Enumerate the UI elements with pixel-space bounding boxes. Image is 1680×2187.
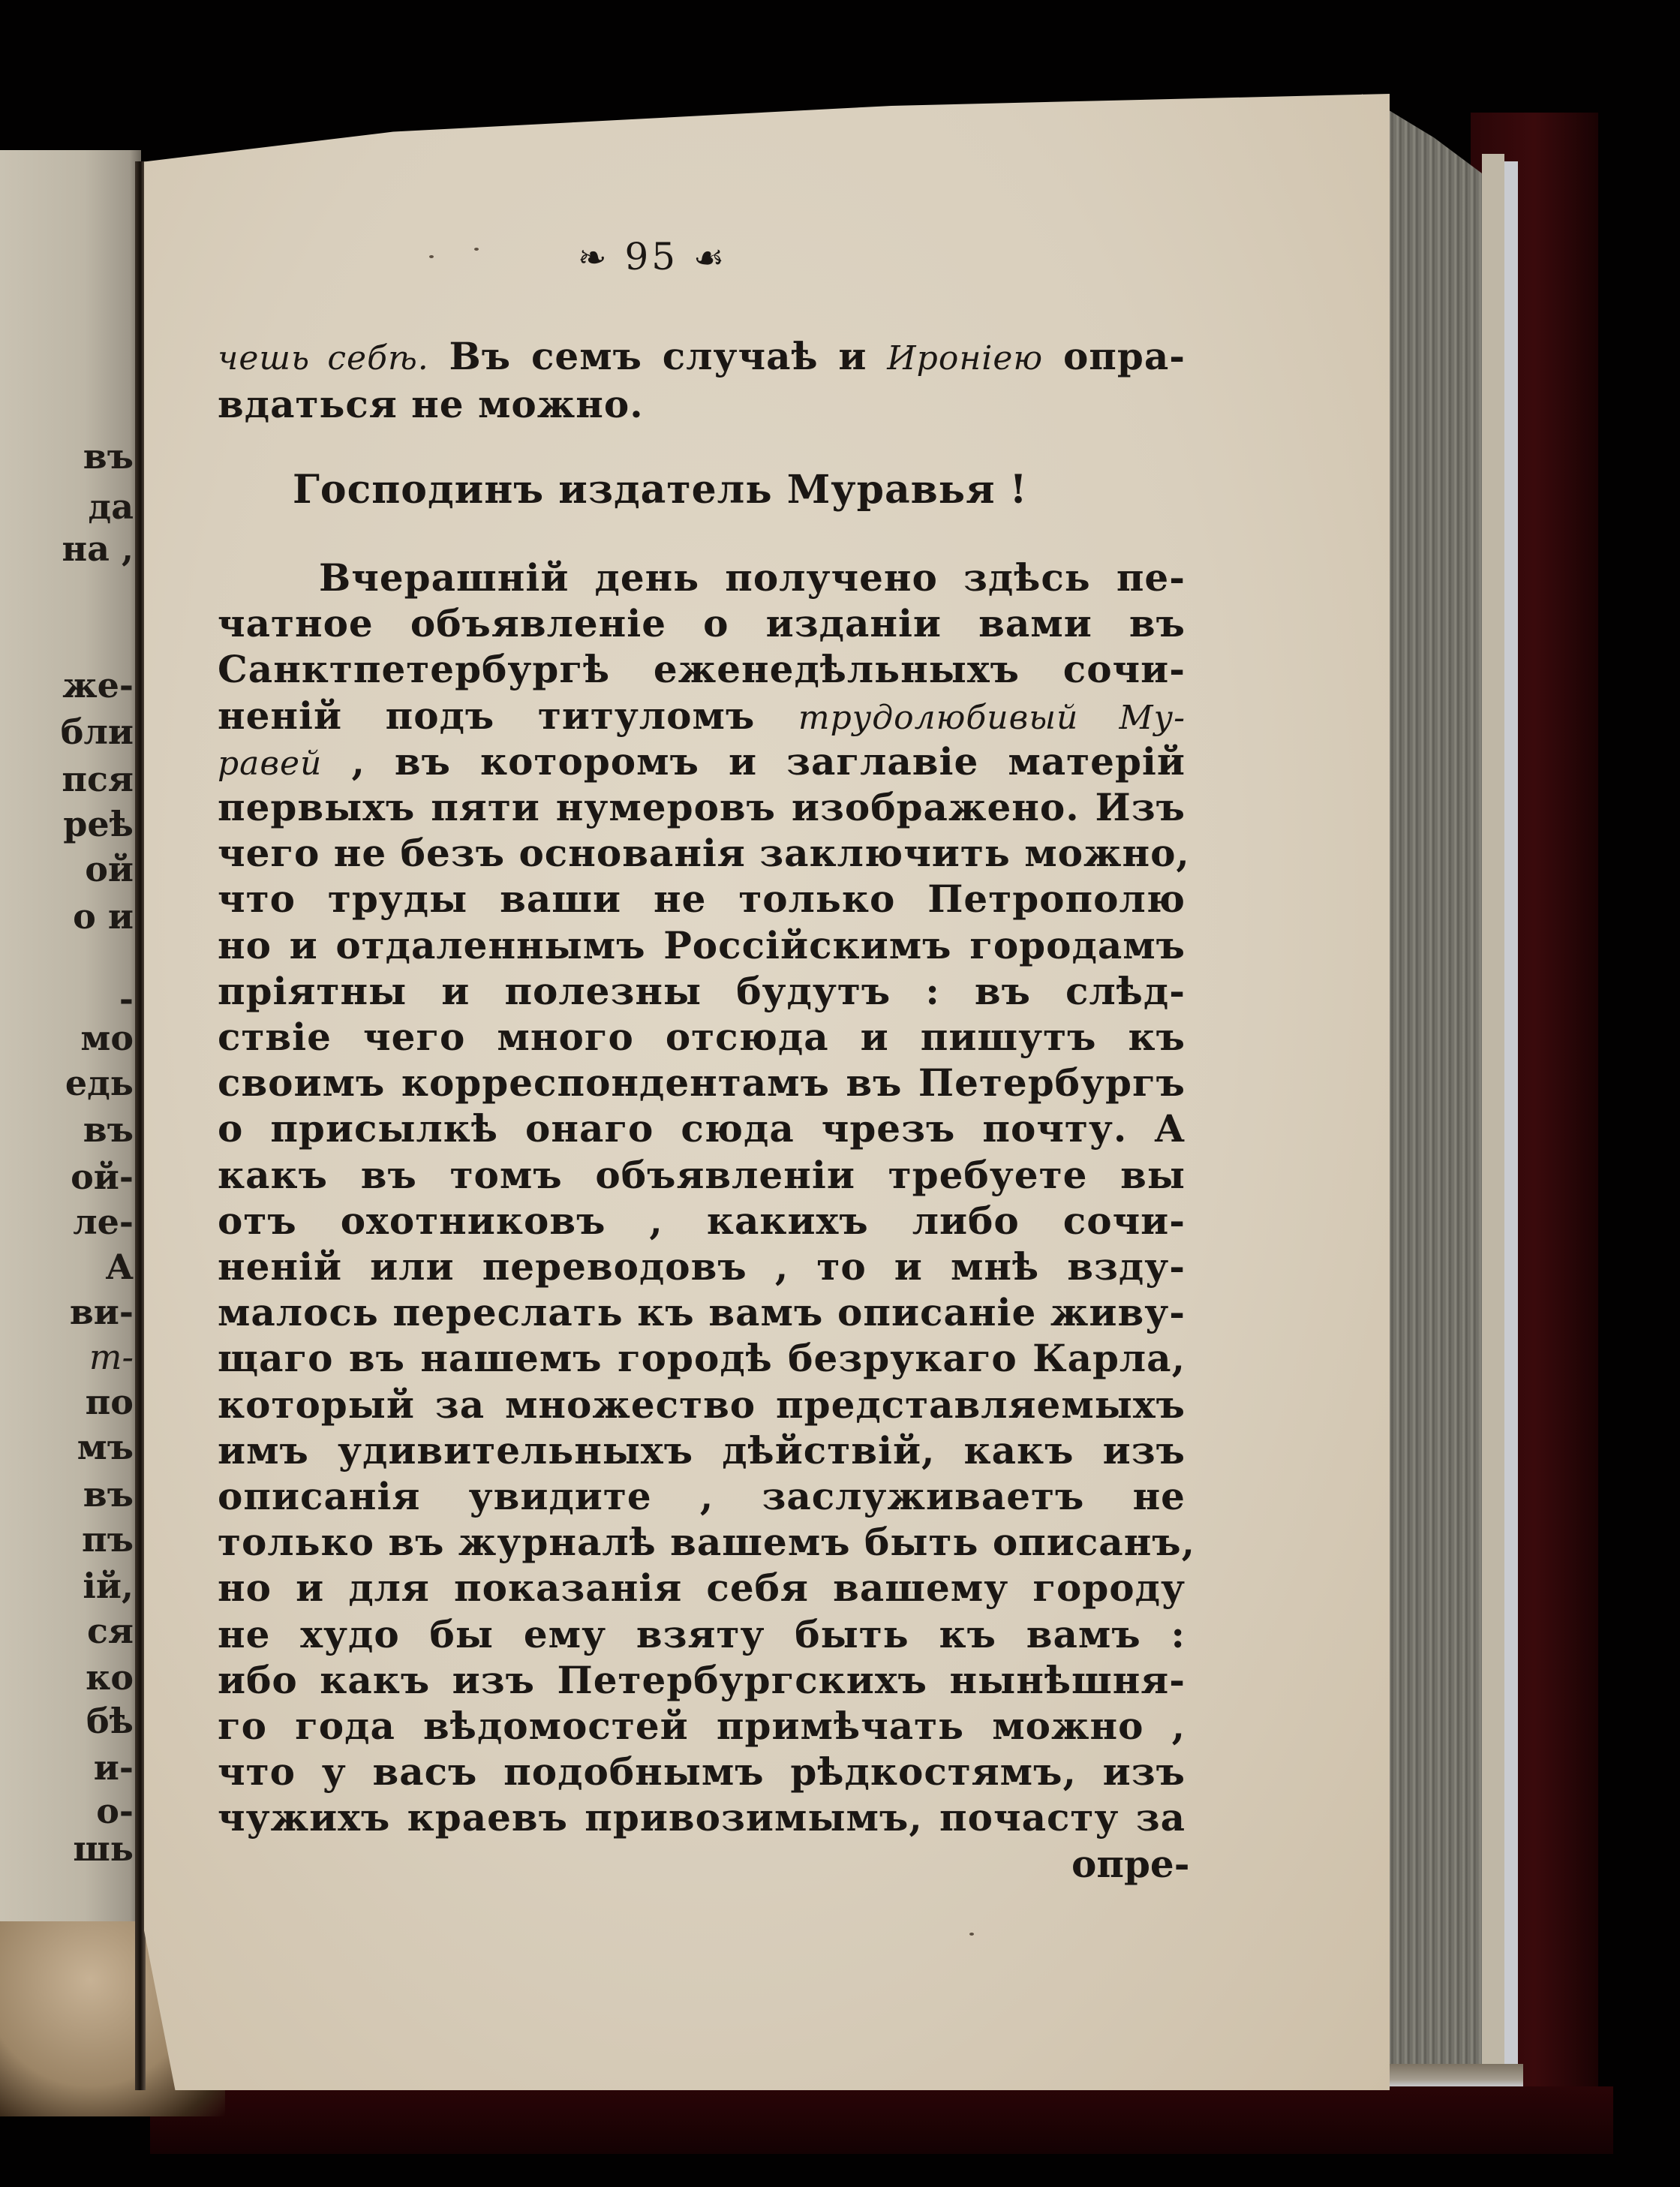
text-line: вдаться не можно. [218, 382, 644, 427]
text-line: чатное объявленіе о изданіи вами въ [218, 601, 1186, 646]
text-line: описанія увидите , заслуживаетъ не [218, 1474, 1186, 1519]
text-line: щаго въ нашемъ городѣ безрукаго Карла, [218, 1336, 1186, 1381]
text-line: малось переслать къ вамъ описаніе живу- [218, 1290, 1186, 1335]
text-line: равей , въ которомъ и заглавіе матерій [218, 739, 1186, 787]
text-line: первыхъ пяти нумеровъ изображено. Изъ [218, 785, 1186, 830]
left-page: въдана ,же-блипсяреѣойо и-моедьвъой-ле-А… [0, 150, 141, 1996]
text-line: неній подъ титуломъ трудолюбивый Му- [218, 693, 1186, 741]
text-line: неній или переводовъ , то и мнѣ взду- [218, 1244, 1186, 1289]
page-block-edge [1482, 154, 1504, 2083]
left-page-text-fragment: мъ [77, 1430, 134, 1464]
left-page-text-fragment: бли [61, 714, 134, 749]
cover-board-edge [1504, 161, 1518, 2079]
left-page-text-fragment: ко [86, 1660, 134, 1695]
folio-ornament-right-icon: ☙ [693, 237, 727, 278]
left-page-text-fragment: ій, [83, 1569, 134, 1603]
left-page-text-fragment: - [119, 982, 134, 1016]
left-page-text-fragment: ой [85, 852, 134, 886]
left-page-text-fragment: пъ [82, 1522, 134, 1557]
text-line: ибо какъ изъ Петербургскихъ нынѣшня- [218, 1658, 1186, 1703]
left-page-text-fragment: ся [87, 1614, 134, 1648]
text-line: только въ журналѣ вашемъ быть описанъ, [218, 1520, 1186, 1565]
text-line: но и для показанія себя вашему городу [218, 1566, 1186, 1611]
book-gutter [135, 161, 146, 2090]
left-page-text-fragment: мо [80, 1021, 134, 1055]
text-line: что труды ваши не только Петрополю [218, 877, 1186, 922]
text-line: пріятны и полезны будутъ : въ слѣд- [218, 969, 1186, 1014]
text-line: о присылкѣ онаго сюда чрезъ почту. А [218, 1106, 1186, 1151]
catchword: опре- [1071, 1842, 1189, 1886]
left-page-text-fragment: бѣ [86, 1704, 134, 1738]
paper-speck [429, 255, 434, 258]
left-page-text-fragment: въ [83, 1112, 134, 1147]
left-page-text-fragment: ви- [70, 1295, 134, 1329]
left-page-text-fragment: да [89, 489, 134, 524]
paper-speck [969, 1933, 974, 1936]
text-line: го года вѣдомостей примѣчать можно , [218, 1704, 1186, 1749]
text-line: Санктпетербургѣ еженедѣльныхъ сочи- [218, 647, 1186, 692]
left-page-text-fragment: по [86, 1385, 134, 1419]
letter-heading: Господинъ издатель Муравья ! [293, 467, 1027, 513]
left-page-text-fragment: пся [62, 762, 134, 796]
text-line: ствіе чего много отсюда и пишутъ къ [218, 1015, 1186, 1060]
left-page-text-fragment: А [106, 1250, 134, 1284]
text-line: Вчерашній день получено здѣсь пе- [218, 555, 1186, 600]
text-line: чужихъ краевъ привозимымъ, почасту за [218, 1795, 1186, 1840]
text-line: своимъ корреспондентамъ въ Петербургъ [218, 1060, 1186, 1106]
left-page-text-fragment: и- [94, 1750, 134, 1785]
left-page-text-fragment: едь [65, 1066, 134, 1100]
left-page-text-fragment: о- [96, 1794, 134, 1828]
left-page-text-fragment: же- [62, 668, 134, 702]
left-page-text-fragment: ой- [71, 1160, 134, 1194]
text-line: который за множество представляемыхъ [218, 1382, 1186, 1427]
left-page-text-fragment: ле- [73, 1205, 134, 1239]
page-number: 95 [624, 235, 678, 278]
page-header: ❧ 95 ☙ [578, 235, 727, 278]
folio-ornament-left-icon: ❧ [578, 237, 610, 278]
text-line: отъ охотниковъ , какихъ либо сочи- [218, 1199, 1186, 1244]
left-page-text-fragment: въ [83, 1477, 134, 1512]
text-line: чего не безъ основанія заключить можно, [218, 831, 1186, 876]
text-line: какъ въ томъ объявленіи требуете вы [218, 1153, 1186, 1198]
left-page-text-fragment: реѣ [63, 807, 134, 841]
left-page-text-fragment: въ [83, 439, 134, 474]
text-line: имъ удивительныхъ дѣйствій, какъ изъ [218, 1428, 1186, 1473]
text-line: что у васъ подобнымъ рѣдкостямъ, изъ [218, 1749, 1186, 1794]
text-line: но и отдаленнымъ Россійскимъ городамъ [218, 923, 1186, 968]
left-page-text-fragment: на , [62, 531, 134, 566]
left-page-text-fragment: о и [73, 899, 134, 934]
cloth-background-bottom [150, 2086, 1613, 2154]
paper-speck [474, 248, 479, 251]
left-page-text-fragment: шь [73, 1831, 134, 1866]
text-line: чешь себѣ. Въ семъ случаѣ и Ироніею опра… [218, 334, 1186, 381]
left-page-text-fragment: т- [89, 1340, 134, 1374]
text-line: не худо бы ему взяту быть къ вамъ : [218, 1612, 1186, 1657]
